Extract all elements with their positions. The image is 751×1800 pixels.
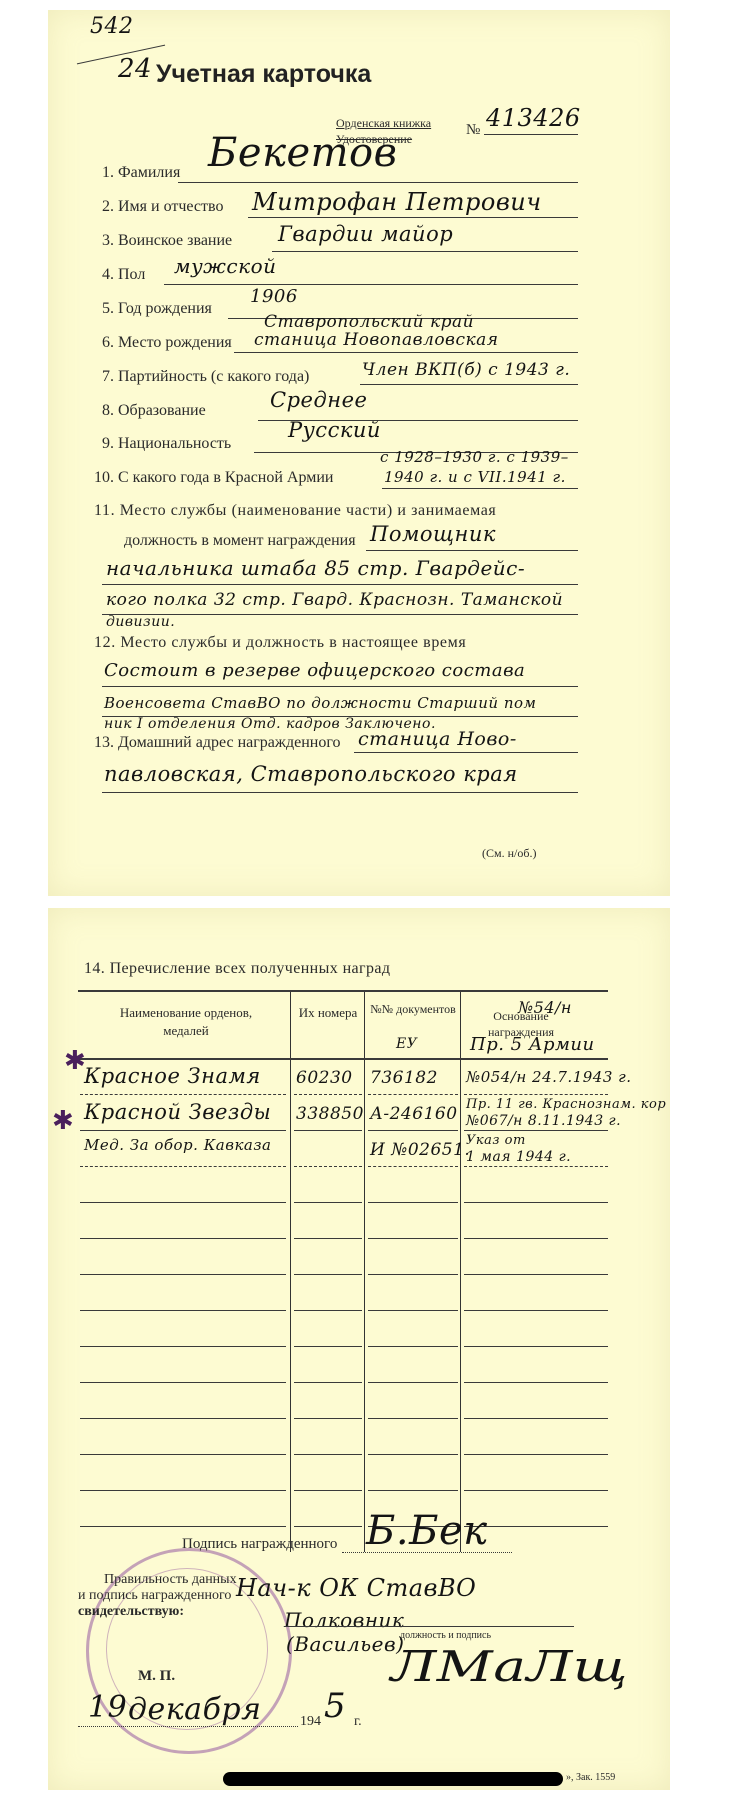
registration-card-back: 14. Перечисление всех полученных наград … (48, 908, 670, 1790)
recipient-signature-label: Подпись награжденного (182, 1536, 337, 1553)
current-service-line-1 (102, 686, 578, 687)
blank-row-rule (80, 1238, 286, 1239)
field-label-birth-year: 5. Год рождения (102, 300, 212, 318)
field-value-birth-year: 1906 (250, 286, 298, 307)
blank-row-rule (464, 1346, 608, 1347)
field-value-nationality: Русский (288, 418, 381, 442)
field-value-home-address-1: станица Ново- (358, 728, 517, 750)
birthplace-line (234, 352, 578, 353)
sex-line (164, 284, 578, 285)
blank-row-rule (294, 1274, 362, 1275)
blank-row-rule (464, 1418, 608, 1419)
blank-row-rule (294, 1526, 362, 1527)
card-title: Учетная карточка (156, 60, 371, 89)
seal-place-label: М. П. (138, 1668, 175, 1685)
blank-row-rule (80, 1346, 286, 1347)
field-value-current-service-1: Состоит в резерве офицерского состава (104, 660, 525, 681)
blank-row-rule (80, 1454, 286, 1455)
field-label-current-service: 12. Место службы и должность в настоящее… (94, 634, 466, 652)
blank-row-rule (294, 1418, 362, 1419)
see-reverse-note: (См. н/об.) (482, 846, 536, 861)
field-value-service-at-award-4: дивизии. (106, 614, 175, 630)
field-label-service-at-award-1: 11. Место службы (наименование части) и … (94, 502, 496, 520)
army-since-line (382, 488, 578, 489)
certify-label-2: и подпись награжденного (78, 1588, 231, 1604)
registration-card-front: 542 24 Учетная карточка Орденская книжка… (48, 10, 670, 896)
header-note-doc: ЕУ (396, 1036, 417, 1052)
row-rule (464, 1166, 608, 1167)
header-award-numbers: Их номера (296, 1004, 360, 1022)
blank-row-rule (294, 1346, 362, 1347)
blank-row-rule (294, 1382, 362, 1383)
blank-row-rule (464, 1274, 608, 1275)
blank-row-rule (464, 1202, 608, 1203)
field-value-sex: мужской (174, 254, 276, 278)
field-value-rank: Гвардии майор (278, 222, 453, 246)
field-value-service-at-award-3: кого полка 32 стр. Гвард. Краснозн. Тама… (106, 590, 563, 610)
blank-row-rule (80, 1202, 286, 1203)
field-value-education: Среднее (270, 388, 367, 412)
field-value-service-at-award-1: Помощник (370, 522, 496, 546)
book-label: Орденская книжка (336, 116, 431, 131)
certifier-name: (Васильев) (286, 1632, 404, 1656)
blank-row-rule (294, 1454, 362, 1455)
row-rule (464, 1130, 608, 1131)
book-number: 413426 (486, 104, 581, 132)
position-sign-label: должность и подпись (400, 1630, 491, 1641)
blank-row-rule (464, 1310, 608, 1311)
field-label-birthplace: 6. Место рождения (102, 334, 232, 352)
certifier-line (284, 1626, 574, 1627)
row-rule (80, 1166, 286, 1167)
field-value-surname: Бекетов (208, 130, 397, 176)
blank-row-rule (80, 1310, 286, 1311)
award-name: Мед. За обор. Кавказа (84, 1136, 272, 1154)
certifier-rank: Полковник (284, 1608, 404, 1632)
row-rule (464, 1094, 608, 1095)
service-at-award-line-1 (366, 550, 578, 551)
recipient-signature: Б.Бек (366, 1508, 488, 1554)
field-label-nationality: 9. Национальность (102, 435, 231, 453)
blank-row-rule (368, 1310, 458, 1311)
certify-label-1: Правильность данных (104, 1572, 237, 1588)
party-line (360, 384, 578, 385)
blank-row-rule (368, 1382, 458, 1383)
award-basis-1: Указ от (466, 1133, 526, 1148)
field-value-birthplace-1: Ставропольский край (264, 312, 474, 332)
surname-line (178, 182, 578, 183)
row-rule (80, 1094, 286, 1095)
blank-row-rule (368, 1274, 458, 1275)
award-number: 338850 (296, 1104, 364, 1124)
name-line (248, 217, 578, 218)
date-month: декабря (128, 1692, 261, 1727)
col-divider-3 (460, 992, 461, 1552)
awards-table-top-rule (78, 990, 608, 992)
award-document: А-246160 (370, 1104, 458, 1124)
rank-line (272, 251, 578, 252)
field-value-current-service-2: Военсовета СтавВО по должности Старший п… (104, 694, 536, 712)
blank-row-rule (294, 1238, 362, 1239)
field-label-name: 2. Имя и отчество (102, 198, 223, 216)
field-value-army-since-2: 1940 г. и с VII.1941 г. (384, 468, 566, 486)
row-rule (294, 1094, 362, 1095)
field-value-service-at-award-2: начальника штаба 85 стр. Гвардейс- (106, 556, 525, 580)
field-label-party: 7. Партийность (с какого года) (102, 368, 309, 386)
field-label-sex: 4. Пол (102, 266, 145, 284)
print-footer: », Зак. 1559 (566, 1772, 615, 1783)
blank-row-rule (80, 1526, 286, 1527)
date-day: 19 (88, 1690, 127, 1725)
blank-row-rule (368, 1238, 458, 1239)
award-basis-2: 1 мая 1944 г. (466, 1149, 571, 1165)
row-rule (294, 1130, 362, 1131)
field-value-name: Митрофан Петрович (252, 188, 542, 216)
field-value-birthplace-2: станица Новопавловская (254, 330, 499, 350)
row-rule (368, 1166, 458, 1167)
award-basis-2: №067/н 8.11.1943 г. (466, 1113, 621, 1129)
award-name: Красной Звезды (84, 1100, 271, 1124)
award-mark-star-icon: ✱ (64, 1048, 86, 1074)
award-number: 60230 (296, 1068, 353, 1088)
row-rule (368, 1130, 458, 1131)
header-document-numbers: №№ документов (370, 1002, 456, 1016)
blank-row-rule (80, 1490, 286, 1491)
header-note-basis: Пр. 5 Армии (470, 1034, 595, 1055)
blank-row-rule (80, 1274, 286, 1275)
award-document: 736182 (370, 1068, 438, 1088)
blank-row-rule (464, 1490, 608, 1491)
blank-row-rule (464, 1382, 608, 1383)
certify-label-3: свидетельствую: (78, 1604, 184, 1620)
blank-row-rule (368, 1490, 458, 1491)
date-year-suffix: 5 (324, 1686, 346, 1726)
awards-section-title: 14. Перечисление всех полученных наград (84, 960, 390, 978)
year-suffix-label: г. (354, 1714, 362, 1730)
corner-note-bottom: 24 (118, 54, 152, 84)
blank-row-rule (294, 1202, 362, 1203)
blank-row-rule (368, 1454, 458, 1455)
blank-row-rule (80, 1418, 286, 1419)
award-document: И №02651. (370, 1140, 470, 1160)
row-rule (368, 1094, 458, 1095)
blank-row-rule (464, 1454, 608, 1455)
award-basis-1: Пр. 11 гв. Краснознам. кор (466, 1097, 666, 1112)
blank-row-rule (294, 1310, 362, 1311)
date-line (78, 1726, 298, 1727)
book-number-line (484, 134, 578, 135)
col-divider-2 (364, 992, 365, 1552)
redaction-bar (223, 1772, 563, 1786)
header-award-name: Наименование орденов, медалей (96, 1004, 276, 1040)
award-basis: №054/н 24.7.1943 г. (466, 1068, 631, 1086)
home-address-line-2 (102, 792, 578, 793)
blank-row-rule (464, 1238, 608, 1239)
field-label-surname: 1. Фамилия (102, 164, 180, 182)
number-sign: № (466, 122, 480, 139)
col-divider-1 (290, 992, 291, 1552)
field-value-home-address-2: павловская, Ставропольского края (104, 762, 518, 786)
field-value-party: Член ВКП(б) с 1943 г. (362, 360, 570, 380)
award-mark-star-icon: ✱ (52, 1108, 74, 1134)
blank-row-rule (368, 1202, 458, 1203)
certifier-signature: ЛМаЛщ (391, 1642, 628, 1691)
field-value-army-since-1: с 1928–1930 г. с 1939– (380, 448, 569, 466)
field-label-rank: 3. Воинское звание (102, 232, 232, 250)
certifier-title: Нач-к ОК СтавВО (236, 1574, 476, 1602)
blank-row-rule (294, 1490, 362, 1491)
field-label-education: 8. Образование (102, 402, 206, 420)
service-at-award-line-2 (102, 584, 578, 585)
home-address-line-1 (354, 752, 578, 753)
header-note-basis-top: №54/н (518, 998, 572, 1017)
row-rule (80, 1130, 286, 1131)
header-bottom-rule (78, 1058, 608, 1060)
field-label-service-at-award-2: должность в момент награждения (124, 532, 356, 550)
field-label-army-since: 10. С какого года в Красной Армии (94, 469, 334, 487)
corner-note-top: 542 (90, 14, 134, 39)
row-rule (294, 1166, 362, 1167)
blank-row-rule (80, 1382, 286, 1383)
blank-row-rule (368, 1418, 458, 1419)
award-name: Красное Знамя (84, 1064, 261, 1088)
date-year-prefix: 194 (300, 1714, 321, 1730)
blank-row-rule (368, 1346, 458, 1347)
field-label-home-address: 13. Домашний адрес награжденного (94, 734, 341, 752)
